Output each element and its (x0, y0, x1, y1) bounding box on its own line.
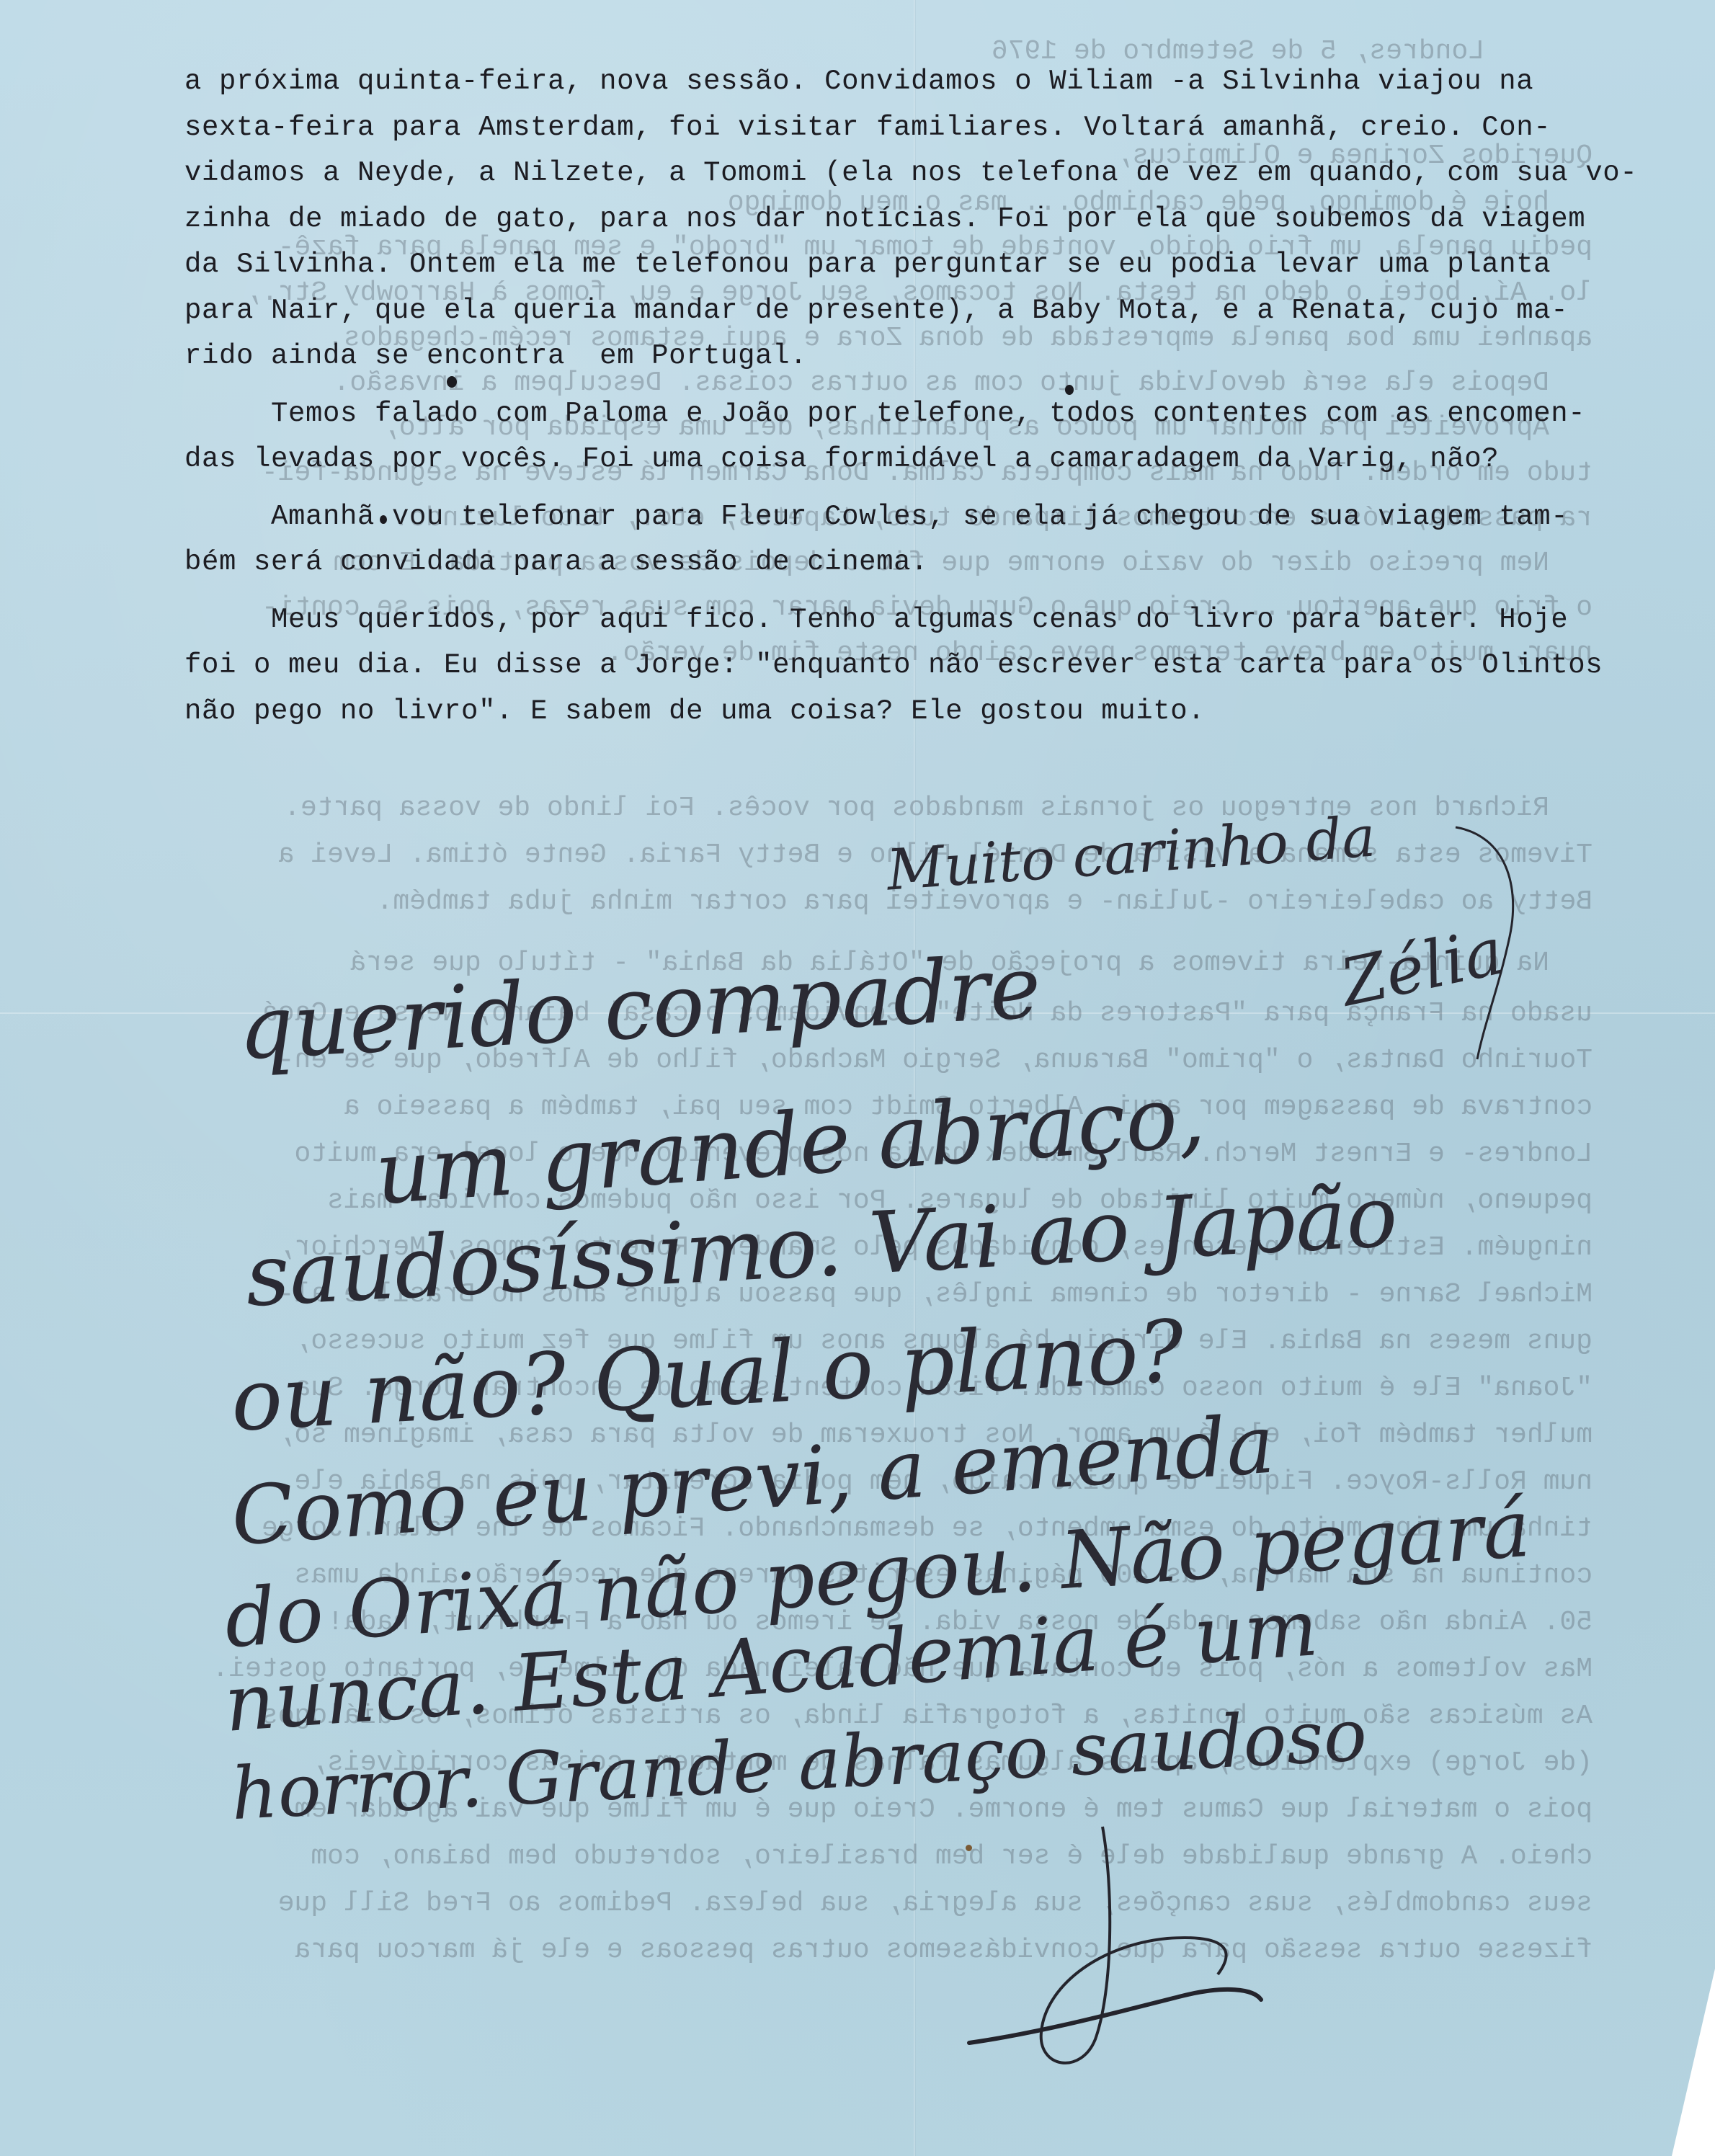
typed-line: das levadas por vocês. Foi uma coisa for… (184, 437, 1597, 483)
typed-line: Temos falado com Paloma e João por telef… (184, 391, 1597, 437)
typed-line: não pego no livro". E sabem de uma coisa… (184, 689, 1597, 735)
typed-line: zinha de miado de gato, para nos dar not… (184, 197, 1597, 243)
typed-line: a próxima quinta-feira, nova sessão. Con… (184, 59, 1597, 105)
typed-line: rido ainda se encontra em Portugal. (184, 334, 1597, 380)
typed-line: da Silvinha. Ontem ela me telefonou para… (184, 242, 1597, 288)
typed-line: bém será convidada para a sessão de cine… (184, 540, 1597, 586)
typed-line: sexta-feira para Amsterdam, foi visitar … (184, 105, 1597, 151)
typed-line: para Nair, que ela queria mandar de pres… (184, 288, 1597, 334)
typed-line: Meus queridos, por aqui fico. Tenho algu… (184, 597, 1597, 643)
typed-line: Amanhã vou telefonar para Fleur Cowles, … (184, 494, 1597, 540)
ink-blot (447, 376, 457, 388)
typed-line: foi o meu dia. Eu disse a Jorge: "enquan… (184, 643, 1597, 689)
typed-line: vidamos a Neyde, a Nilzete, a Tomomi (el… (184, 151, 1597, 197)
typed-letter-body: a próxima quinta-feira, nova sessão. Con… (184, 59, 1597, 734)
paper-stain (966, 1845, 972, 1851)
ink-blot (1065, 385, 1074, 395)
ink-blot (380, 515, 387, 524)
